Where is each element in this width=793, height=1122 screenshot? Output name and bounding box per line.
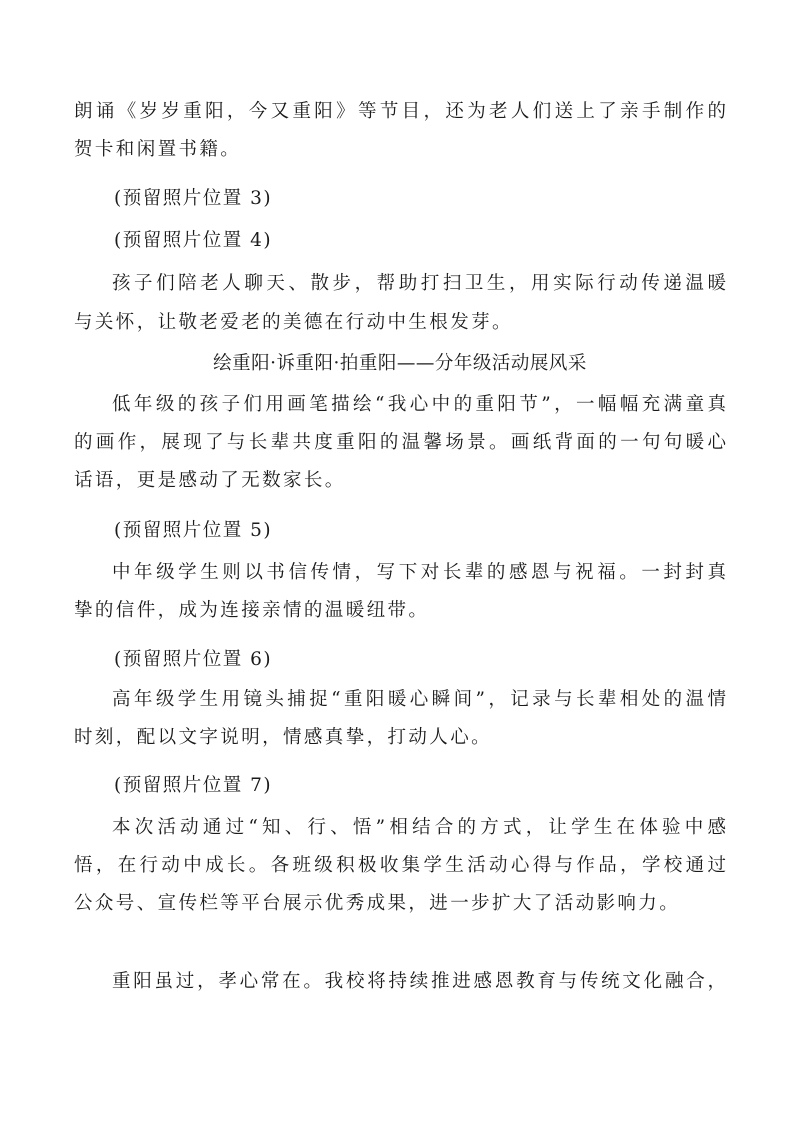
document-page: 朗诵《岁岁重阳，今又重阳》等节目，还为老人们送上了亲手制作的 贺卡和闲置书籍。 … bbox=[0, 0, 793, 1122]
paragraph-line: 中年级学生则以书信传情，写下对长辈的感恩与祝福。一封封真 bbox=[112, 561, 726, 585]
paragraph-line: 的画作，展现了与长辈共度重阳的温馨场景。画纸背面的一句句暖心 bbox=[74, 431, 726, 455]
paragraph-line: 话语，更是感动了无数家长。 bbox=[74, 469, 726, 493]
photo-placeholder: (预留照片位置 3) bbox=[114, 187, 766, 211]
paragraph-line: 重阳虽过，孝心常在。我校将持续推进感恩教育与传统文化融合， bbox=[112, 970, 726, 994]
paragraph-line: 与关怀，让敬老爱老的美德在行动中生根发芽。 bbox=[74, 311, 726, 335]
paragraph-line: 本次活动通过“知、行、悟”相结合的方式，让学生在体验中感 bbox=[112, 816, 726, 840]
paragraph-line: 孩子们陪老人聊天、散步，帮助打扫卫生，用实际行动传递温暖 bbox=[112, 272, 726, 296]
paragraph-line: 时刻，配以文字说明，情感真挚，打动人心。 bbox=[74, 726, 726, 750]
paragraph-line: 挚的信件，成为连接亲情的温暖纽带。 bbox=[74, 599, 726, 623]
paragraph-line: 低年级的孩子们用画笔描绘“我心中的重阳节”，一幅幅充满童真 bbox=[112, 393, 726, 417]
paragraph-line: 高年级学生用镜头捕捉“重阳暖心瞬间”，记录与长辈相处的温情 bbox=[112, 688, 726, 712]
section-heading: 绘重阳·诉重阳·拍重阳——分年级活动展风采 bbox=[74, 352, 726, 376]
paragraph-line: 悟，在行动中成长。各班级积极收集学生活动心得与作品，学校通过 bbox=[74, 854, 726, 878]
paragraph-line: 朗诵《岁岁重阳，今又重阳》等节目，还为老人们送上了亲手制作的 bbox=[74, 100, 726, 124]
photo-placeholder: (预留照片位置 6) bbox=[114, 648, 766, 672]
paragraph-line: 公众号、宣传栏等平台展示优秀成果，进一步扩大了活动影响力。 bbox=[74, 892, 726, 916]
photo-placeholder: (预留照片位置 7) bbox=[114, 774, 766, 798]
photo-placeholder: (预留照片位置 5) bbox=[114, 519, 766, 543]
paragraph-line: 贺卡和闲置书籍。 bbox=[74, 138, 726, 162]
photo-placeholder: (预留照片位置 4) bbox=[114, 229, 766, 253]
